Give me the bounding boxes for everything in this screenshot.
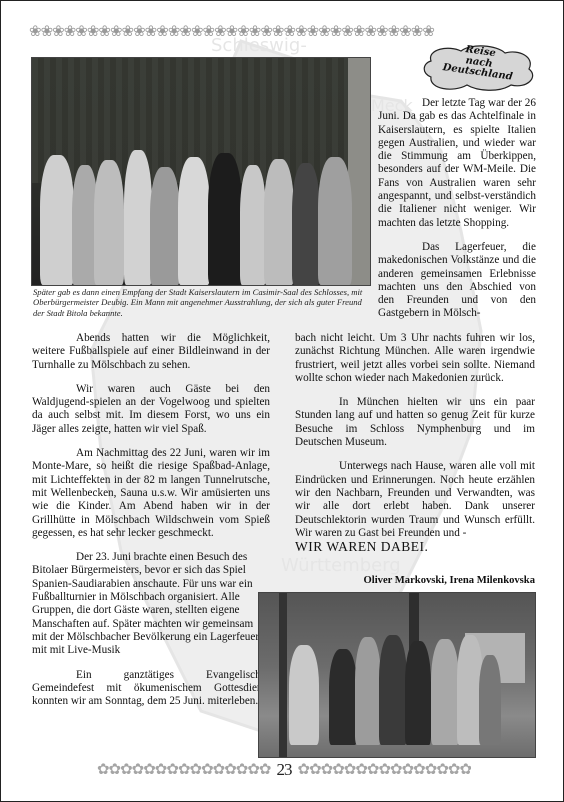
bottom-flower-border: ✿✿✿✿✿✿✿✿✿✿✿✿✿✿✿ 23 ✿✿✿✿✿✿✿✿✿✿✿✿✿✿✿ [29, 761, 539, 779]
page-number: 23 [277, 761, 292, 779]
paragraph: bach nicht leicht. Um 3 Uhr nachts fuhre… [295, 332, 535, 385]
title-bubble: Reise nach Deutschland [419, 43, 539, 93]
paragraph: Am Nachmittag des 22 Juni, waren wir im … [32, 447, 270, 540]
border-right-segment: ✿✿✿✿✿✿✿✿✿✿✿✿✿✿✿ [298, 761, 472, 779]
border-left-segment: ✿✿✿✿✿✿✿✿✿✿✿✿✿✿✿ [97, 761, 271, 779]
article-column-right-top: Der letzte Tag war der 26 Juni. Da gab e… [378, 97, 536, 321]
article-authors: Oliver Markovski, Irena Milenkovska [361, 575, 535, 586]
closing-shout: WIR WAREN DABEI. [295, 540, 535, 553]
paragraph: Der letzte Tag war der 26 Juni. Da gab e… [378, 97, 536, 230]
page-frame: Schleswig- Meck Württemberg ❀❀❀❀❀❀❀❀❀❀❀❀… [0, 0, 564, 802]
paragraph: Ein ganztätiges Evangelisches Gemeindefe… [32, 669, 270, 709]
paragraph: Unterwegs nach Hause, waren alle voll mi… [295, 460, 535, 540]
paragraph: Der 23. Juni brachte einen Besuch des Bi… [32, 551, 270, 657]
paragraph: Das Lagerfeuer, die makedonischen Volkst… [378, 241, 536, 321]
article-column-right-bottom: bach nicht leicht. Um 3 Uhr nachts fuhre… [295, 332, 535, 553]
article-column-left: Abends hatten wir die Möglichkeit, weite… [32, 332, 270, 719]
photo-caption: Später gab es dann einen Empfang der Sta… [33, 287, 363, 318]
svg-text:Württemberg: Württemberg [281, 555, 401, 576]
paragraph: Wir waren auch Gäste bei den Waldjugend-… [32, 383, 270, 436]
photo-reception-group [31, 57, 371, 286]
top-flower-border: ❀❀❀❀❀❀❀❀❀❀❀❀❀❀❀❀❀❀❀❀❀❀❀❀❀❀❀❀❀❀❀❀❀❀❀ [29, 23, 539, 41]
photo-forest-group [258, 592, 536, 758]
paragraph: In München hielten wir uns ein paar Stun… [295, 396, 535, 449]
paragraph: Abends hatten wir die Möglichkeit, weite… [32, 332, 270, 372]
